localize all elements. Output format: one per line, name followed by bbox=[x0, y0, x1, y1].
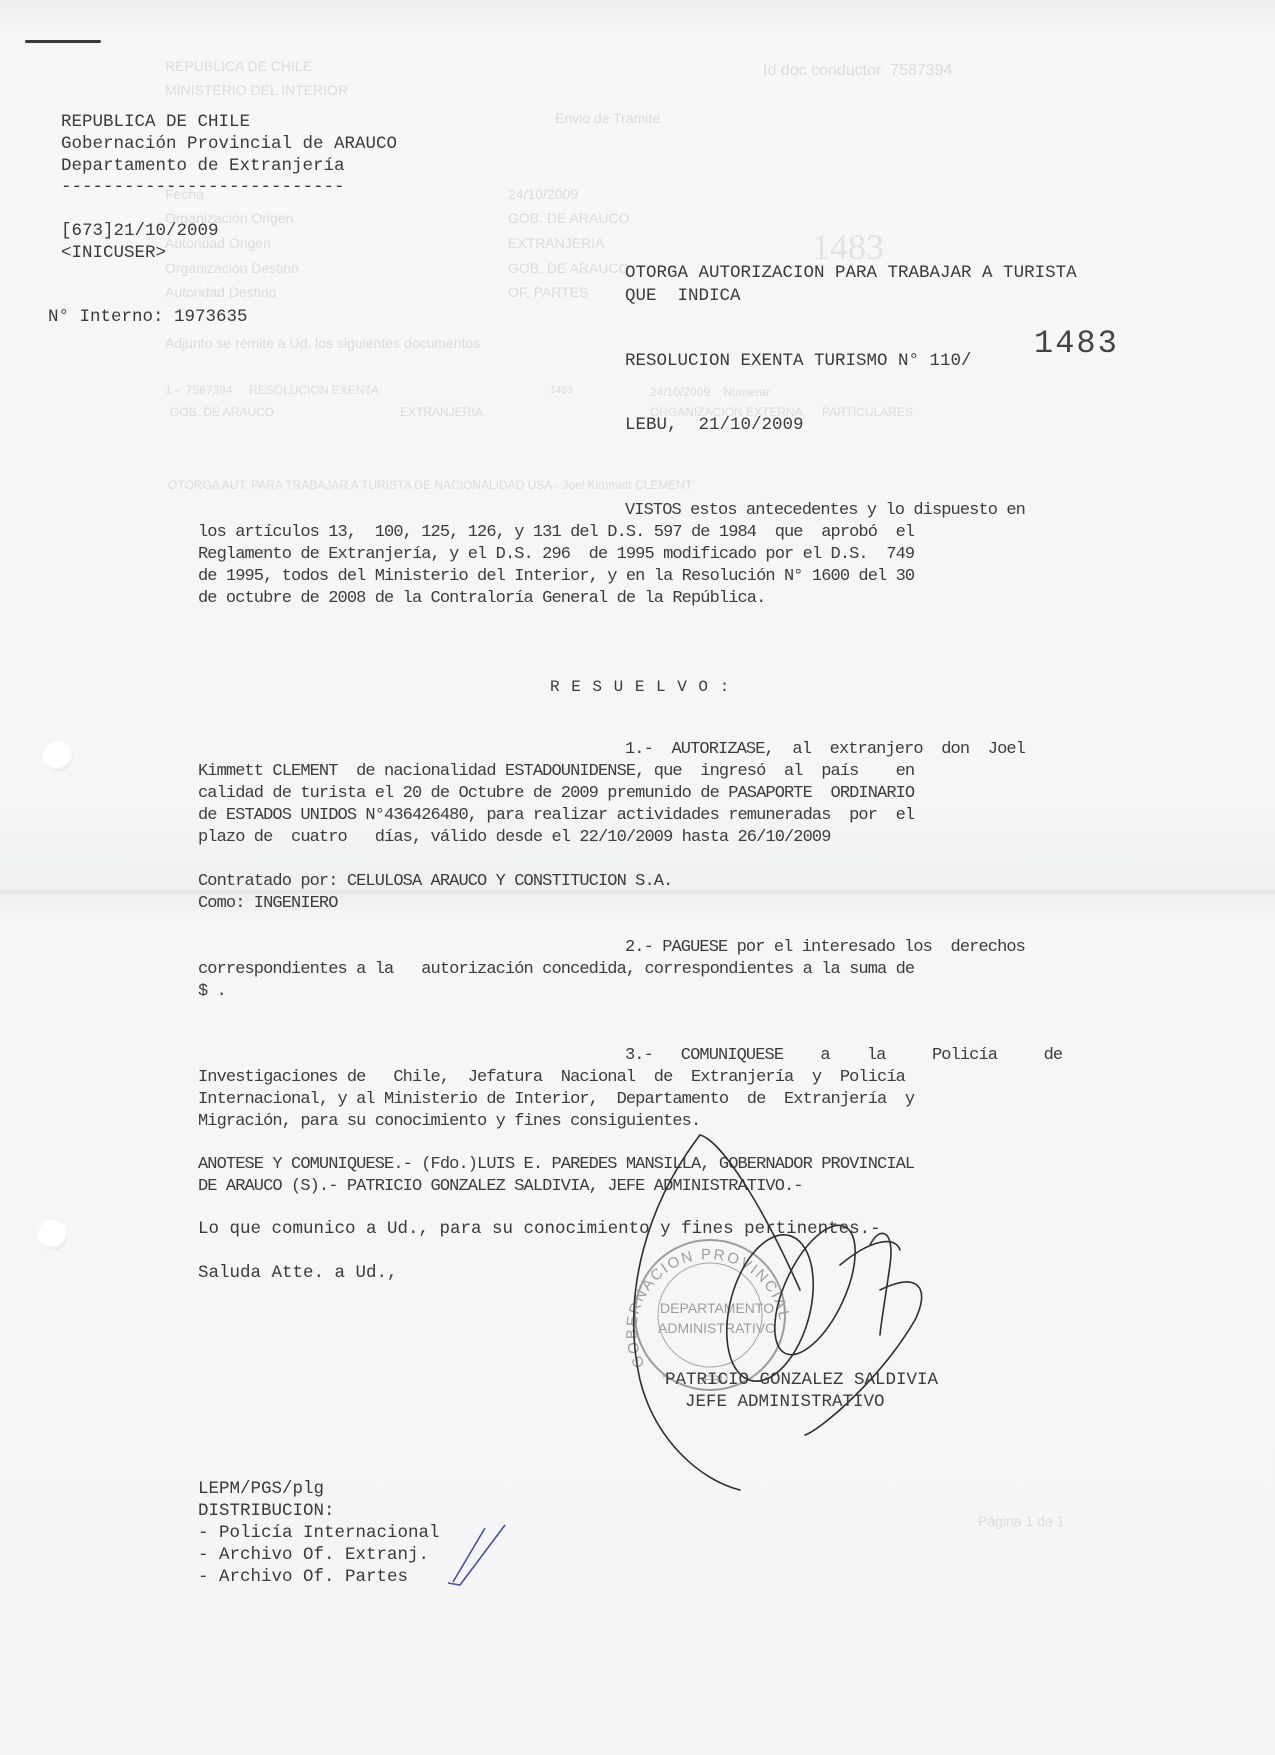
pen-check-marks bbox=[0, 0, 1275, 1755]
scanned-page: REPUBLICA DE CHILE MINISTERIO DEL INTERI… bbox=[0, 0, 1275, 1755]
